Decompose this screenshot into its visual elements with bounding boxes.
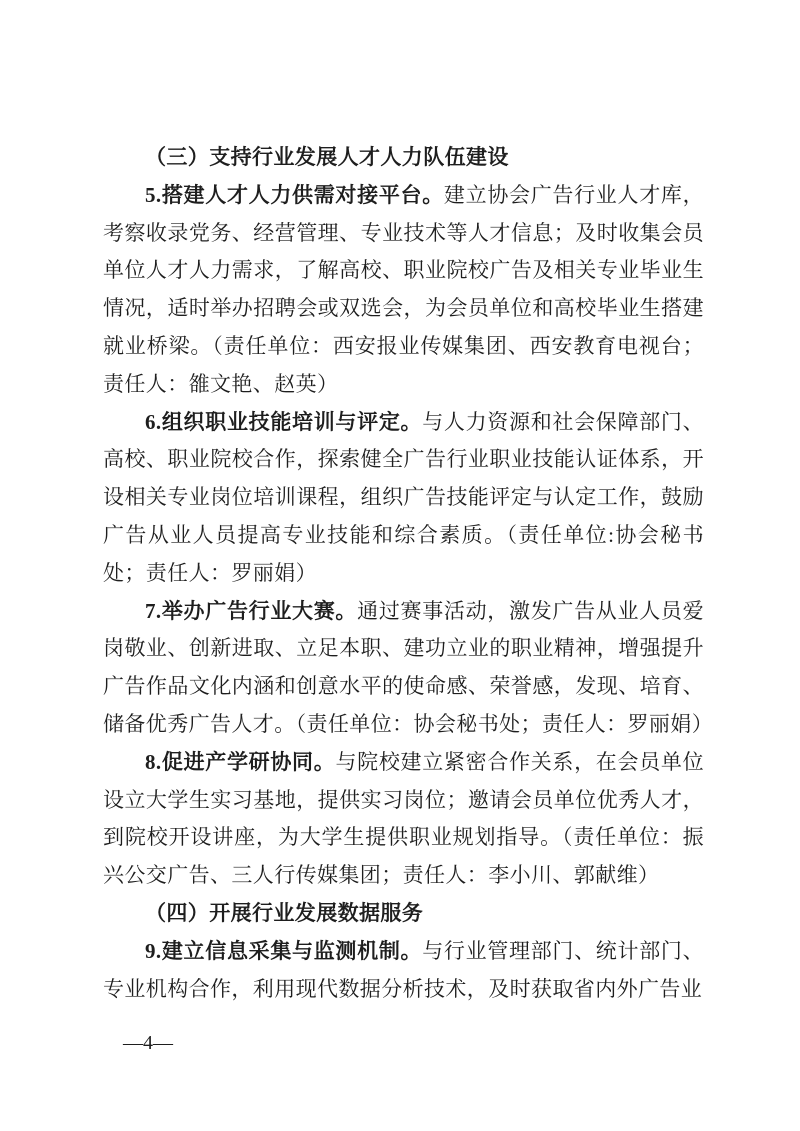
document-page: （三）支持行业发展人才人力队伍建设 5.搭建人才人力供需对接平台。建立协会广告行… [0,0,800,1131]
item-6-lead: 6.组织职业技能培训与评定。 [145,410,422,434]
section-heading-4: （四）开展行业发展数据服务 [103,895,704,933]
page-number: —4— [123,1025,173,1063]
item-6-body: 与人力资源和社会保障部门、高校、职业院校合作，探索健全广告行业职业技能认证体系，… [103,410,704,585]
item-5-lead: 5.搭建人才人力供需对接平台。 [145,183,444,207]
item-7-paragraph: 7.举办广告行业大赛。通过赛事活动，激发广告从业人员爱岗敬业、创新进取、立足本职… [103,593,704,744]
item-8-lead: 8.促进产学研协同。 [145,750,335,774]
document-body: （三）支持行业发展人才人力队伍建设 5.搭建人才人力供需对接平台。建立协会广告行… [103,139,704,1008]
item-8-paragraph: 8.促进产学研协同。与院校建立紧密合作关系，在会员单位设立大学生实习基地，提供实… [103,744,704,895]
item-5-body: 建立协会广告行业人才库，考察收录党务、经营管理、专业技术等人才信息；及时收集会员… [103,183,704,396]
section-heading-3: （三）支持行业发展人才人力队伍建设 [103,139,704,177]
item-9-paragraph: 9.建立信息采集与监测机制。与行业管理部门、统计部门、专业机构合作，利用现代数据… [103,933,704,1009]
item-6-paragraph: 6.组织职业技能培训与评定。与人力资源和社会保障部门、高校、职业院校合作，探索健… [103,404,704,593]
item-7-lead: 7.举办广告行业大赛。 [145,599,357,623]
item-9-lead: 9.建立信息采集与监测机制。 [145,939,422,963]
item-5-paragraph: 5.搭建人才人力供需对接平台。建立协会广告行业人才库，考察收录党务、经营管理、专… [103,177,704,404]
